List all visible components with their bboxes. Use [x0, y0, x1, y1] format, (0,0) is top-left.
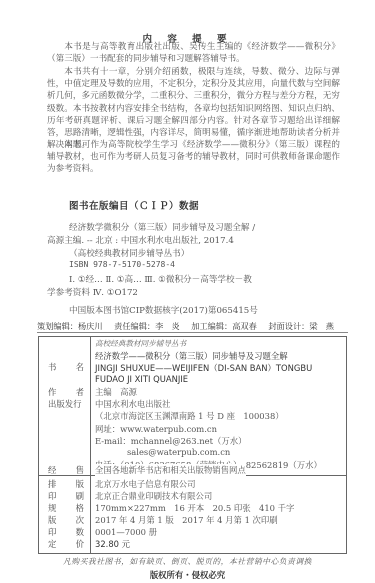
- table-column-divider: [90, 337, 91, 553]
- label-author: 作者: [48, 386, 84, 398]
- editor-cover: 梁 燕: [309, 321, 334, 331]
- label-quantity: 印数: [48, 526, 84, 538]
- author: 主编 高源: [95, 386, 137, 398]
- edition: 2017 年 4 月第 1 版 2017 年 4 月第 1 次印刷: [95, 514, 278, 526]
- publisher-email-1: E-mail：mchannel@263.net（万水）: [95, 435, 246, 447]
- cip-line-isbn: ISBN 978-7-5170-5278-4: [69, 260, 175, 269]
- cip-classification-2: 学参考资料 Ⅳ. ①O172: [47, 286, 138, 298]
- cip-classification-1: Ⅰ. ①经… Ⅱ. ①高… Ⅲ. ①微积分－高等学校－教: [69, 273, 252, 285]
- book-title-pinyin-2: FUDAO JI XITI QUANJIE: [95, 374, 188, 384]
- label-book-title: 书名: [48, 361, 84, 373]
- label-spec: 规格: [48, 502, 84, 514]
- editor-label-processing: 加工编辑：: [191, 321, 232, 331]
- book-title-cn: 经济数学——微积分（第三版）同步辅导及习题全解: [95, 350, 288, 362]
- label-publisher: 出版发行: [48, 398, 84, 410]
- cip-line-title: 经济数学微积分（第三版）同步辅导及习题全解 /: [69, 221, 255, 233]
- print-quantity: 0001—7000 册: [95, 526, 157, 538]
- replacement-notice: 凡购买我社图书，如有缺页、倒页、脱页的，本社营销中心负责调换: [0, 556, 375, 567]
- printer: 北京正合鼎业印刷技术有限公司: [95, 490, 212, 502]
- typesetter: 北京万水电子信息有限公司: [95, 478, 196, 490]
- publisher-address: （北京市海淀区玉渊潭南路 1 号 D 座 100038）: [95, 410, 284, 422]
- label-edition: 版次: [48, 514, 84, 526]
- editor-label-planning: 策划编辑：: [37, 321, 78, 331]
- editor-processing: 高双春: [232, 321, 257, 331]
- spec: 170mm×227mm 16 开本 20.5 印张 410 千字: [95, 502, 294, 514]
- editors-line: 策划编辑：杨庆川 责任编辑：李 炎 加工编辑：高双春 封面设计：梁 燕: [37, 321, 349, 332]
- price: 32.80 元: [95, 538, 130, 550]
- label-distributor: 经售: [48, 464, 84, 476]
- editor-responsible: 李 炎: [155, 321, 180, 331]
- distributor: 全国各地新华书店和相关出版物销售网点: [95, 464, 246, 476]
- copyright-notice: 版权所有・侵权必究: [0, 569, 375, 581]
- editor-planning: 杨庆川: [78, 321, 103, 331]
- cip-line-series: （高校经典教材同步辅导丛书）: [69, 247, 189, 259]
- publisher-email-2: sales@waterpub.com.cn: [127, 447, 230, 457]
- cip-verification: 中国版本图书馆CIP数据核字(2017)第065415号: [69, 304, 258, 316]
- label-print: 印刷: [48, 490, 84, 502]
- label-typeset: 排版: [48, 478, 84, 490]
- imprint-table: 高校经典教材同步辅导丛书 书名 经济数学——微积分（第三版）同步辅导及习题全解 …: [38, 336, 347, 554]
- cip-line-publisher: 高源主编. -- 北京 : 中国水利水电出版社, 2017.4: [47, 234, 234, 246]
- summary-paragraph-3: 本书可作为高等院校学生学习《经济数学——微积分》（第三版）课程的辅导教材，也可作…: [47, 139, 340, 176]
- editor-label-cover: 封面设计：: [268, 321, 309, 331]
- summary-paragraph-1: 本书是与高等教育出版社出版、吴传生主编的《经济数学——微积分》（第三版）一书配套…: [47, 41, 340, 65]
- publisher: 中国水利水电出版社: [95, 398, 170, 410]
- divider: [37, 332, 348, 333]
- series-name: 高校经典教材同步辅导丛书: [95, 338, 186, 349]
- cip-title: 图书在版编目（ＣＩＰ）数据: [69, 198, 199, 212]
- editor-label-responsible: 责任编辑：: [114, 321, 155, 331]
- book-title-pinyin-1: JINGJI SHUXUE——WEIJIFEN（DI-SAN BAN）TONGB…: [95, 362, 312, 374]
- copyright-page: 内 容 提 要 本书是与高等教育出版社出版、吴传生主编的《经济数学——微积分》（…: [0, 0, 375, 583]
- publisher-website: 网址：www.waterpub.com.cn: [95, 423, 217, 435]
- label-price: 定价: [48, 538, 84, 550]
